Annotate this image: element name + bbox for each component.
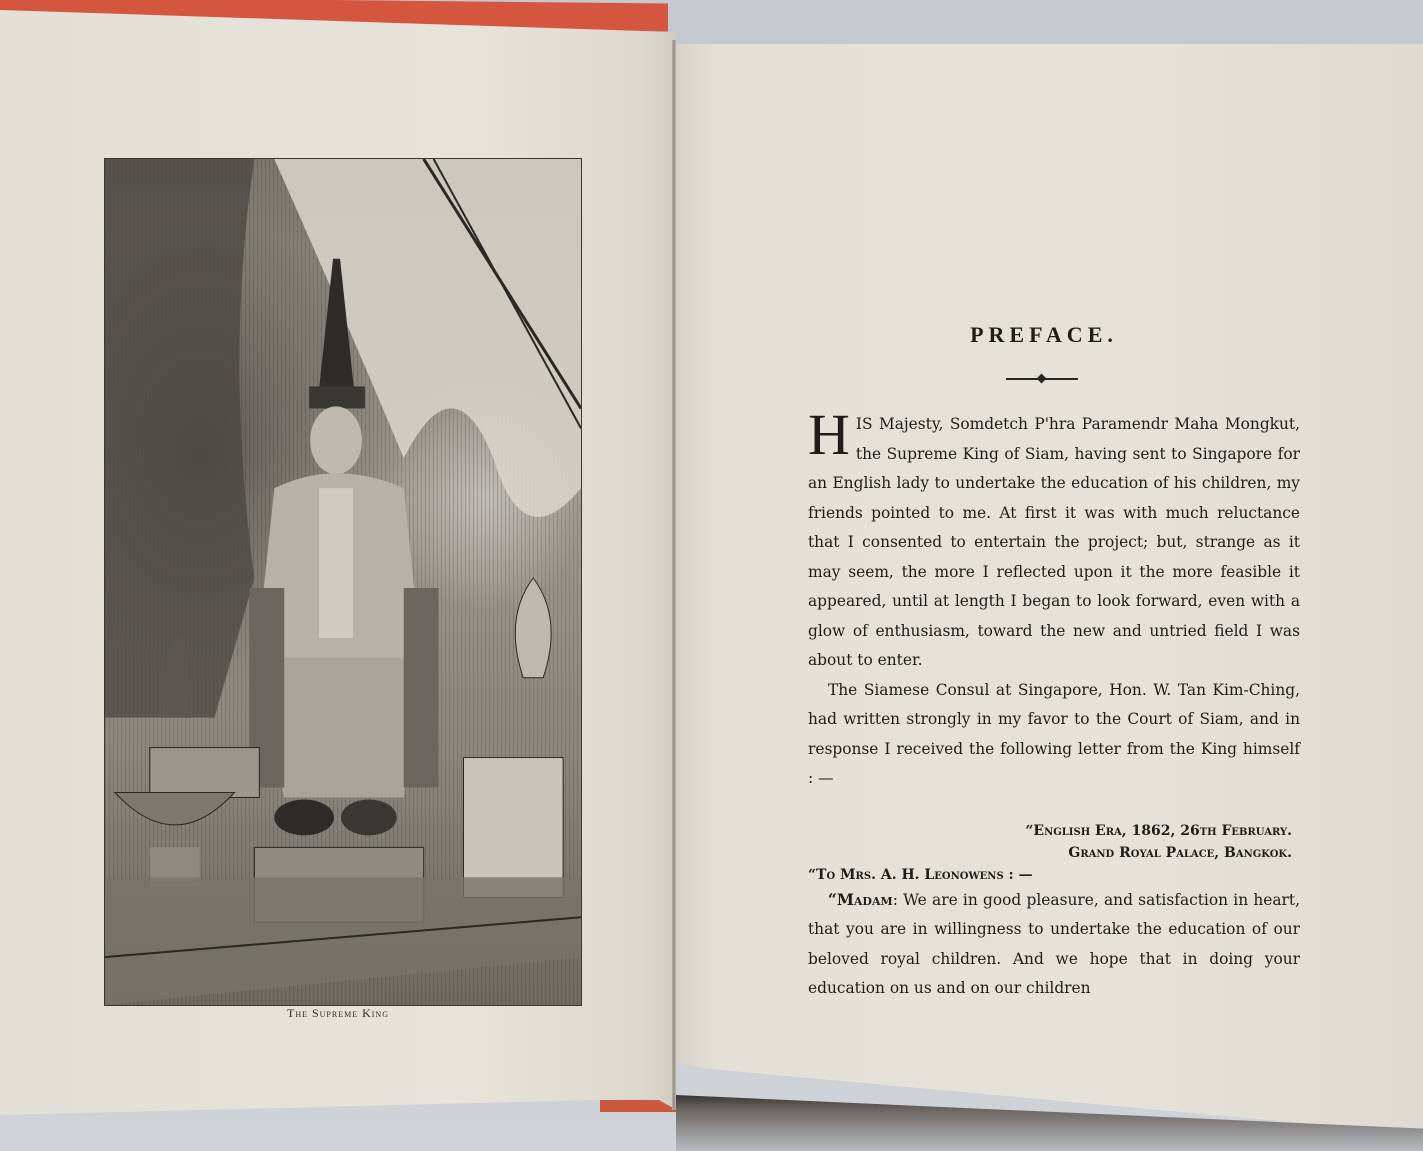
book-gutter [672,40,676,1110]
preface-paragraph-1: H IS Majesty, Somdetch P'hra Paramendr M… [808,410,1300,676]
page-title: PREFACE. [808,322,1280,348]
ornament-rule [1006,378,1078,380]
letter-salutation: “To Mrs. A. H. Leonowens : — [808,864,1300,886]
letter-place: Grand Royal Palace, Bangkok. [808,842,1300,864]
letter-dateline: “English Era, 1862, 26th February. [808,820,1300,842]
preface-paragraph-2: The Siamese Consul at Singapore, Hon. W.… [808,676,1300,794]
book-spread: The Supreme King PREFACE. H IS Majesty, … [0,0,1423,1151]
preface-text-block: PREFACE. H IS Majesty, Somdetch P'hra Pa… [808,322,1300,1004]
frontispiece-engraving [104,158,582,1006]
paragraph-text: IS Majesty, Somdetch P'hra Paramendr Mah… [808,415,1300,669]
letter-opening-word: “Madam [828,891,893,909]
letter-body: “Madam: We are in good pleasure, and sat… [808,886,1300,1004]
illustration-caption: The Supreme King [0,1006,676,1021]
king-portrait-illustration [105,159,581,1005]
drop-cap: H [808,412,850,458]
paragraph-text: The Siamese Consul at Singapore, Hon. W.… [808,681,1300,788]
